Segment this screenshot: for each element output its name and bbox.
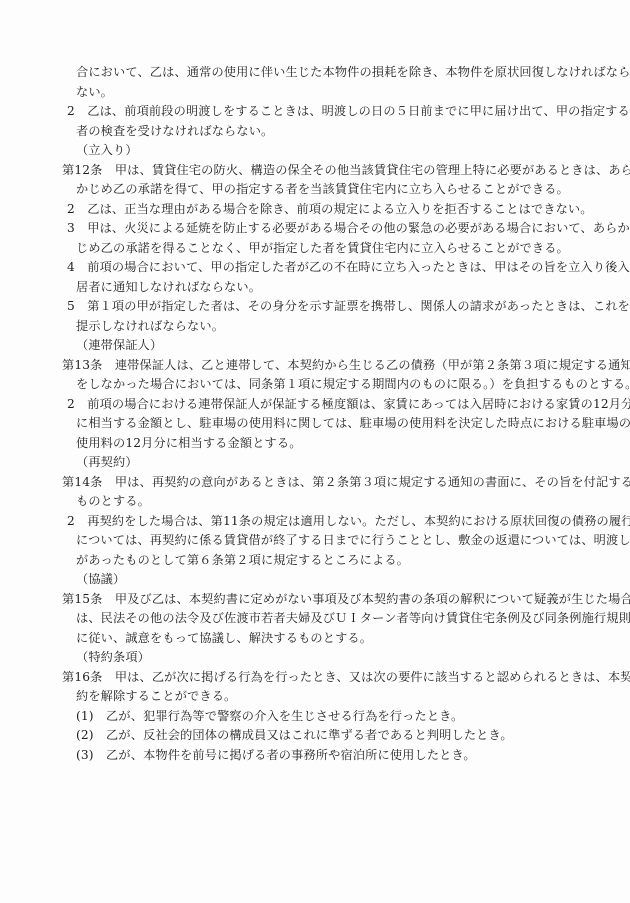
continuation-line: じめ乙の承諾を得ることなく、甲が指定した者を賃貸住宅内に立入らせることができる。 xyxy=(62,239,572,259)
continuation-line: は、民法その他の法令及び佐渡市若者夫婦及びＵＩターン者等向け賃貸住宅条例及び同条… xyxy=(62,609,572,629)
continuation-line: をしなかった場合においては、同条第１項に規定する期間内のものに限る。）を負担する… xyxy=(62,375,572,395)
article-line: 第14条 甲は、再契約の意向があるときは、第２条第３項に規定する通知の書面に、そ… xyxy=(62,473,572,493)
continuation-line: があったものとして第６条第２項に規定するところによる。 xyxy=(62,551,572,571)
list-item: (1) 乙が、犯罪行為等で警察の介入を生じさせる行為を行ったとき。 xyxy=(62,707,572,727)
paragraph-line: 2 乙は、正当な理由がある場合を除き、前項の規定による立入りを拒否することはでき… xyxy=(62,200,572,220)
paragraph-line: 4 前項の場合において、甲の指定した者が乙の不在時に立ち入ったときは、甲はその旨… xyxy=(62,258,572,278)
continuation-line: 居者に通知しなければならない。 xyxy=(62,278,572,298)
section-heading: （立入り） xyxy=(62,141,572,161)
list-item: (3) 乙が、本物件を前号に掲げる者の事務所や宿泊所に使用したとき。 xyxy=(62,746,572,766)
paragraph-line: 2 前項の場合における連帯保証人が保証する極度額は、家賃にあっては入居時における… xyxy=(62,395,572,415)
contract-text-body: 合において、乙は、通常の使用に伴い生じた本物件の損耗を除き、本物件を原状回復しな… xyxy=(62,63,572,765)
continuation-line: ものとする。 xyxy=(62,492,572,512)
paragraph-line: 5 第１項の甲が指定した者は、その身分を示す証票を携帯し、関係人の請求があったと… xyxy=(62,297,572,317)
section-heading: （連帯保証人） xyxy=(62,336,572,356)
continuation-line: 者の検査を受けなければならない。 xyxy=(62,122,572,142)
continuation-line: 提示しなければならない。 xyxy=(62,317,572,337)
paragraph-line: 2 乙は、前項前段の明渡しをすることきは、明渡しの日の５日前までに甲に届け出て、… xyxy=(62,102,572,122)
article-line: 第13条 連帯保証人は、乙と連帯して、本契約から生じる乙の債務（甲が第２条第３項… xyxy=(62,356,572,376)
continuation-line: 使用料の12月分に相当する金額とする。 xyxy=(62,434,572,454)
continuation-line: に従い、誠意をもって協議し、解決するものとする。 xyxy=(62,629,572,649)
paragraph-line: 3 甲は、火災による延焼を防止する必要がある場合その他の緊急の必要がある場合にお… xyxy=(62,219,572,239)
article-line: 第12条 甲は、賃貸住宅の防火、構造の保全その他当該賃貸住宅の管理上特に必要があ… xyxy=(62,161,572,181)
paragraph-line: 2 再契約をした場合は、第11条の規定は適用しない。ただし、本契約における原状回… xyxy=(62,512,572,532)
article-line: 第15条 甲及び乙は、本契約書に定めがない事項及び本契約書の条項の解釈について疑… xyxy=(62,590,572,610)
article-line: 第16条 甲は、乙が次に掲げる行為を行ったとき、又は次の要件に該当すると認められ… xyxy=(62,668,572,688)
section-heading: （協議） xyxy=(62,570,572,590)
list-item: (2) 乙が、反社会的団体の構成員又はこれに準ずる者であると判明したとき。 xyxy=(62,726,572,746)
section-heading: （特約条項） xyxy=(62,648,572,668)
continuation-line: については、再契約に係る賃貸借が終了する日までに行うこととし、敷金の返還について… xyxy=(62,531,572,551)
section-heading: （再契約） xyxy=(62,453,572,473)
continuation-line: ない。 xyxy=(62,83,572,103)
document-page: 合において、乙は、通常の使用に伴い生じた本物件の損耗を除き、本物件を原状回復しな… xyxy=(0,0,630,903)
continuation-line: かじめ乙の承諾を得て、甲の指定する者を当該賃貸住宅内に立ち入らせることができる。 xyxy=(62,180,572,200)
continuation-line: 約を解除することができる。 xyxy=(62,687,572,707)
continuation-line: 合において、乙は、通常の使用に伴い生じた本物件の損耗を除き、本物件を原状回復しな… xyxy=(62,63,572,83)
continuation-line: に相当する金額とし、駐車場の使用料に関しては、駐車場の使用料を決定した時点におけ… xyxy=(62,414,572,434)
